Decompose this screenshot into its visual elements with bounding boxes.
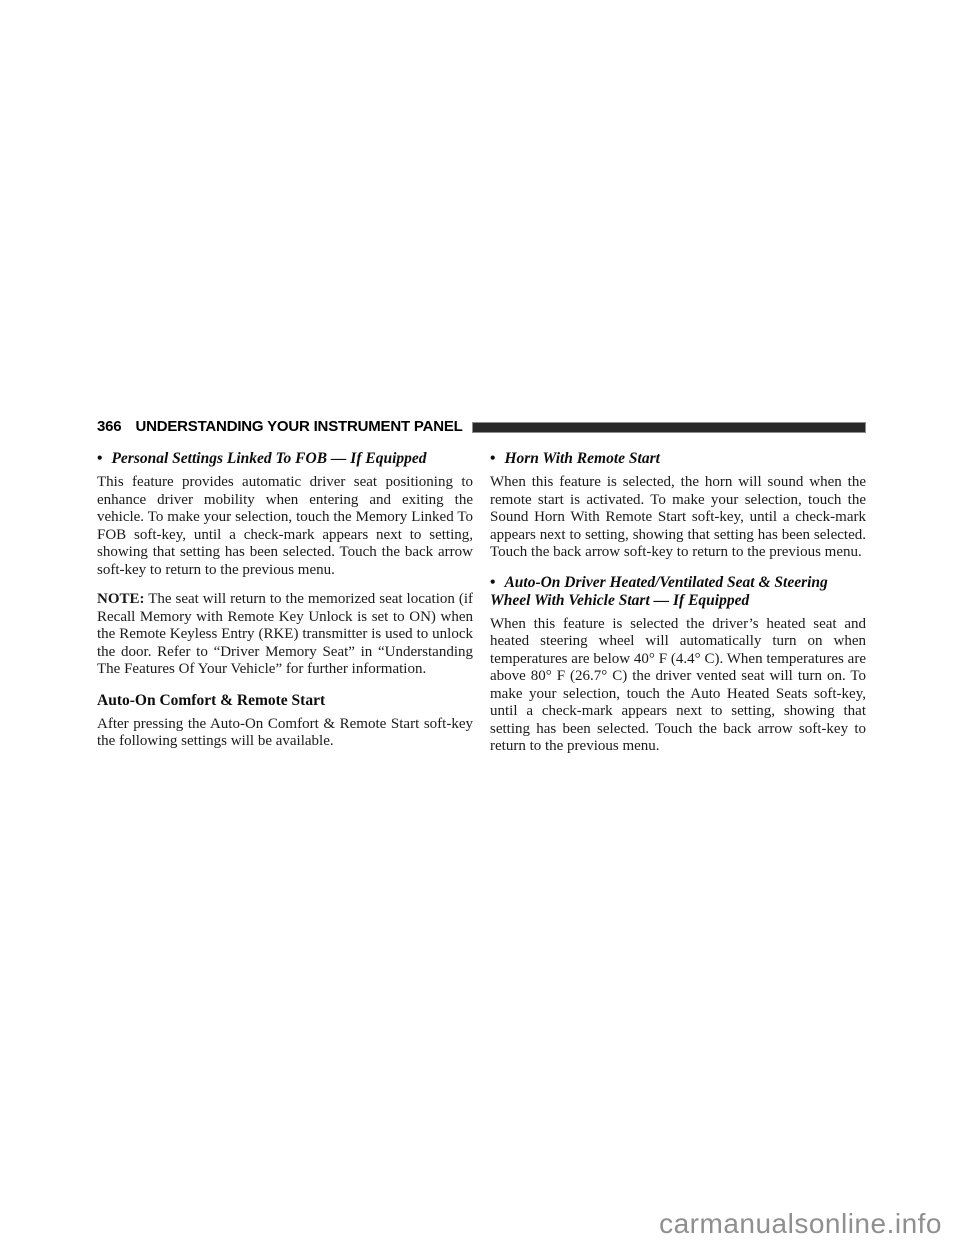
paragraph-auto-on-heated-seat: When this feature is selected the driver…	[490, 616, 866, 756]
bullet-icon: •	[97, 450, 102, 468]
two-column-layout: •Personal Settings Linked To FOB — If Eq…	[97, 450, 866, 756]
note-paragraph: NOTE: The seat will return to the memori…	[97, 591, 473, 679]
bullet-title-text: Auto-On Driver Heated/Ventilated Seat & …	[490, 574, 828, 609]
section-heading-auto-on-comfort: Auto-On Comfort & Remote Start	[97, 692, 473, 710]
bullet-item-personal-settings: •Personal Settings Linked To FOB — If Eq…	[97, 450, 473, 468]
bullet-title-text: Personal Settings Linked To FOB — If Equ…	[111, 450, 426, 467]
bullet-item-horn-remote-start: •Horn With Remote Start	[490, 450, 866, 468]
header-title: UNDERSTANDING YOUR INSTRUMENT PANEL	[135, 419, 462, 435]
paragraph-auto-on-comfort: After pressing the Auto-On Comfort & Rem…	[97, 716, 473, 751]
note-label: NOTE:	[97, 591, 145, 607]
manual-page: 366 UNDERSTANDING YOUR INSTRUMENT PANEL …	[0, 0, 960, 1242]
watermark-text: carmanualsonline.info	[659, 1208, 942, 1240]
bullet-item-auto-on-heated-seat: •Auto-On Driver Heated/Ventilated Seat &…	[490, 574, 866, 610]
header-rule-bar	[472, 422, 866, 433]
page-content: 366 UNDERSTANDING YOUR INSTRUMENT PANEL …	[97, 419, 866, 756]
running-header: 366 UNDERSTANDING YOUR INSTRUMENT PANEL	[97, 419, 866, 435]
right-column: •Horn With Remote Start When this featur…	[490, 450, 866, 756]
page-number: 366	[97, 419, 121, 435]
bullet-icon: •	[490, 574, 495, 592]
paragraph-horn-remote-start: When this feature is selected, the horn …	[490, 474, 866, 562]
bullet-icon: •	[490, 450, 495, 468]
bullet-title-text: Horn With Remote Start	[504, 450, 659, 467]
left-column: •Personal Settings Linked To FOB — If Eq…	[97, 450, 473, 756]
note-text: The seat will return to the memorized se…	[97, 591, 473, 677]
paragraph-personal-settings: This feature provides automatic driver s…	[97, 474, 473, 579]
